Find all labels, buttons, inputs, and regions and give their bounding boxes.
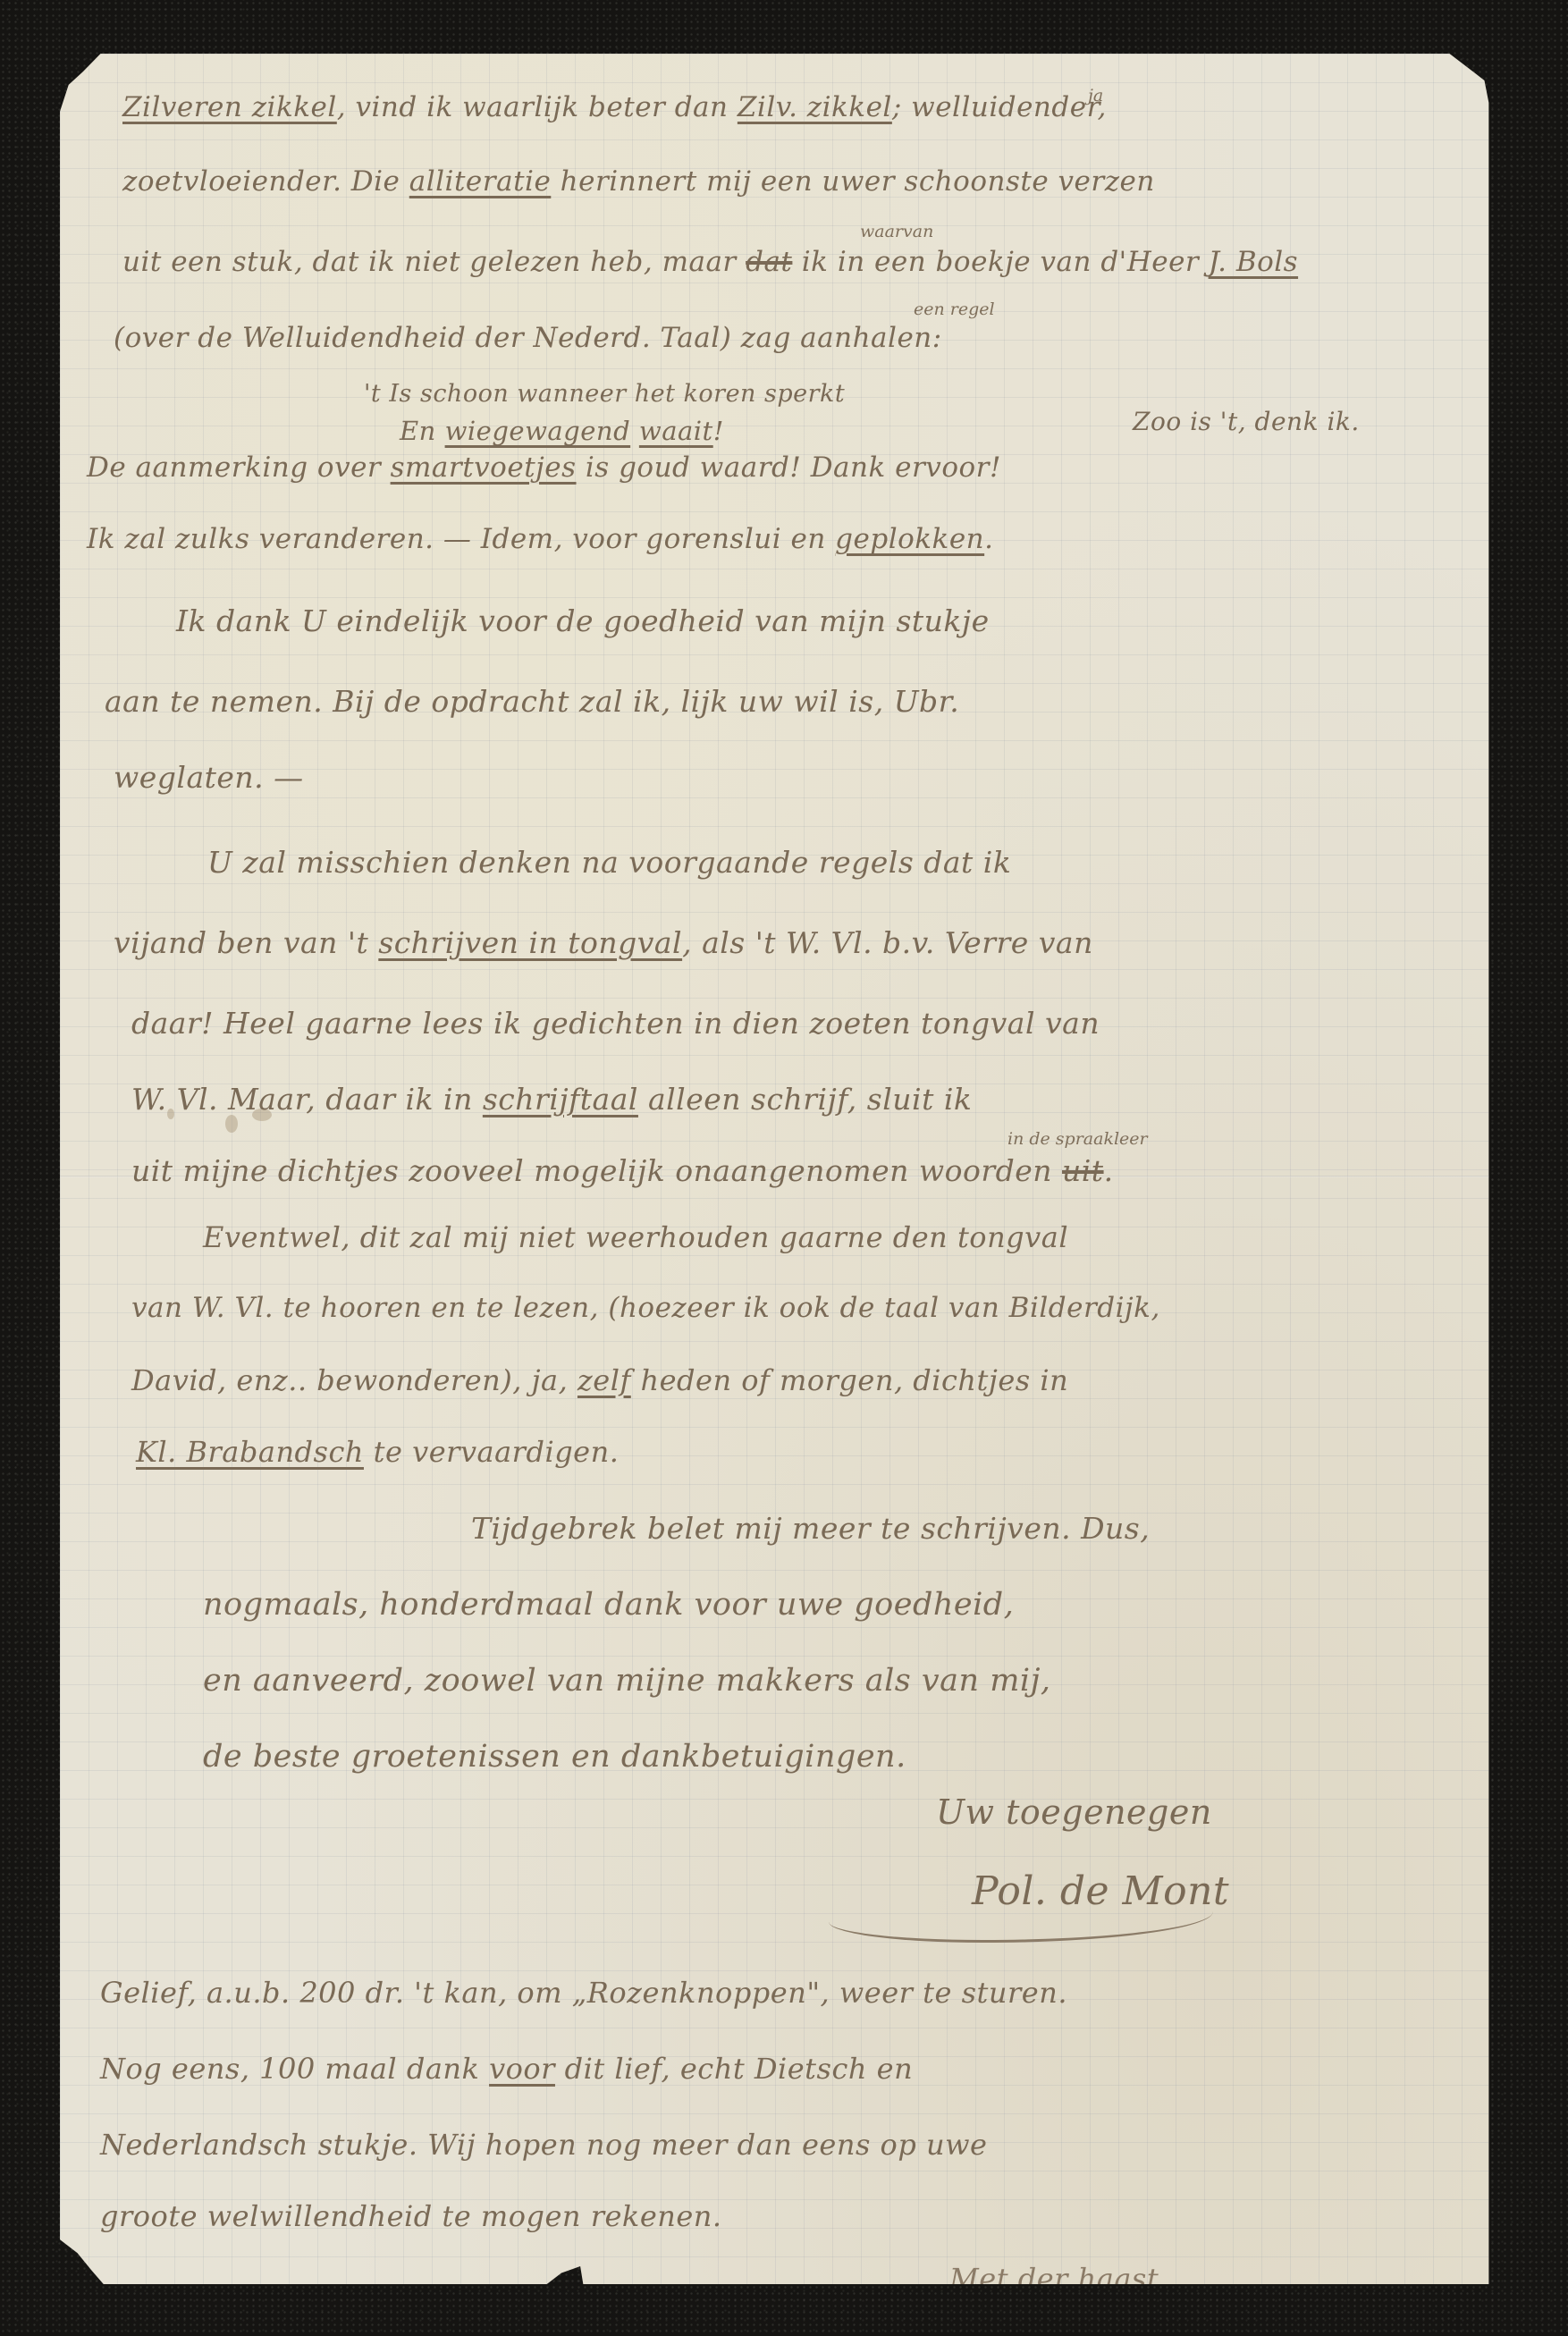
letter-line-5: De aanmerking over smartvoetjes is goud … — [87, 451, 1001, 484]
postscript-line-2: Nog eens, 100 maal dank voor dit lief, e… — [100, 2052, 913, 2086]
aside-comment: Zoo is 't, denk ik. — [1133, 407, 1360, 436]
letter-line-12: daar! Heel gaarne lees ik gedichten in d… — [131, 1006, 1100, 1041]
letter-line-13: W. Vl. Maar, daar ik in schrijftaal alle… — [131, 1082, 972, 1117]
signature-flourish — [829, 1891, 1213, 1943]
underlined-phrase: Zilveren zikkel — [122, 91, 337, 123]
underlined-phrase: geplokken — [835, 523, 984, 555]
valediction: Uw toegenegen — [936, 1792, 1212, 1832]
postscript-line-3: Nederlandsch stukje. Wij hopen nog meer … — [100, 2128, 987, 2162]
letter-line-8: aan te nemen. Bij de opdracht zal ik, li… — [105, 684, 959, 719]
letter-line-3: uit een stuk, dat ik niet gelezen heb, m… — [122, 246, 1298, 278]
postscript-line-1: Gelief, a.u.b. 200 dr. 't kan, om „Rozen… — [100, 1976, 1067, 2010]
letter-line-21: en aanveerd, zoowel van mijne makkers al… — [203, 1663, 1051, 1699]
struck-word: dat — [746, 246, 792, 278]
underlined-phrase: smartvoetjes — [391, 451, 577, 484]
ink-blot — [225, 1115, 238, 1133]
struck-word: uit — [1062, 1153, 1104, 1188]
letter-line-15: Eventwel, dit zal mij niet weerhouden ga… — [203, 1220, 1068, 1254]
underlined-phrase: zelf — [577, 1363, 631, 1397]
postscript-line-4: groote welwillendheid te mogen rekenen. — [100, 2199, 722, 2233]
insertion-in-de-spraakleer: in de spraakleer — [1007, 1129, 1148, 1149]
letter-line-16: van W. Vl. te hooren en te lezen, (hoeze… — [131, 1292, 1160, 1324]
quoted-verse-line-2: En wiegewagend waait! — [400, 416, 724, 446]
letter-line-2: zoetvloeiender. Die alliteratie herinner… — [122, 165, 1155, 198]
underlined-phrase: waait — [639, 416, 713, 446]
underlined-phrase: Zilv. zikkel — [738, 91, 892, 123]
underlined-phrase: alliteratie — [409, 165, 552, 198]
postscript-sign-off: Met der haast. — [949, 2262, 1168, 2296]
letter-line-1: Zilveren zikkel, vind ik waarlijk beter … — [122, 91, 1107, 123]
letter-line-10: U zal misschien denken na voorgaande reg… — [207, 845, 1011, 880]
letter-line-18: Kl. Brabandsch te vervaardigen. — [136, 1435, 619, 1469]
letter-line-22: de beste groetenissen en dankbetuigingen… — [203, 1739, 906, 1775]
underlined-phrase: Kl. Brabandsch — [136, 1435, 364, 1469]
letter-line-14: uit mijne dichtjes zooveel mogelijk onaa… — [131, 1153, 1114, 1188]
underlined-phrase: wiegewagend — [445, 416, 631, 446]
letter-line-17: David, enz.. bewonderen), ja, zelf heden… — [131, 1363, 1068, 1397]
insertion-waarvan: waarvan — [860, 222, 933, 241]
underlined-phrase: schrijftaal — [483, 1082, 638, 1117]
letter-sheet: Zilveren zikkel, vind ik waarlijk beter … — [60, 54, 1513, 2284]
letter-line-9: weglaten. — — [114, 760, 304, 795]
insertion-ja: ja — [1088, 86, 1103, 105]
underlined-phrase: J. Bols — [1209, 246, 1299, 278]
letter-line-4: (over de Welluidendheid der Nederd. Taal… — [114, 322, 942, 354]
letter-line-7: Ik dank U eindelijk voor de goedheid van… — [176, 603, 990, 638]
letter-line-19: Tijdgebrek belet mij meer te schrijven. … — [471, 1511, 1150, 1546]
letter-line-6: Ik zal zulks veranderen. — Idem, voor go… — [87, 523, 994, 555]
letter-line-20: nogmaals, honderdmaal dank voor uwe goed… — [203, 1587, 1014, 1623]
insertion-een-regel: een regel — [914, 299, 995, 319]
letter-line-11: vijand ben van 't schrijven in tongval, … — [114, 925, 1093, 960]
underlined-phrase: voor — [489, 2052, 555, 2086]
underlined-phrase: schrijven in tongval — [378, 925, 682, 960]
quoted-verse-line-1: 't Is schoon wanneer het koren sperkt — [364, 380, 845, 408]
